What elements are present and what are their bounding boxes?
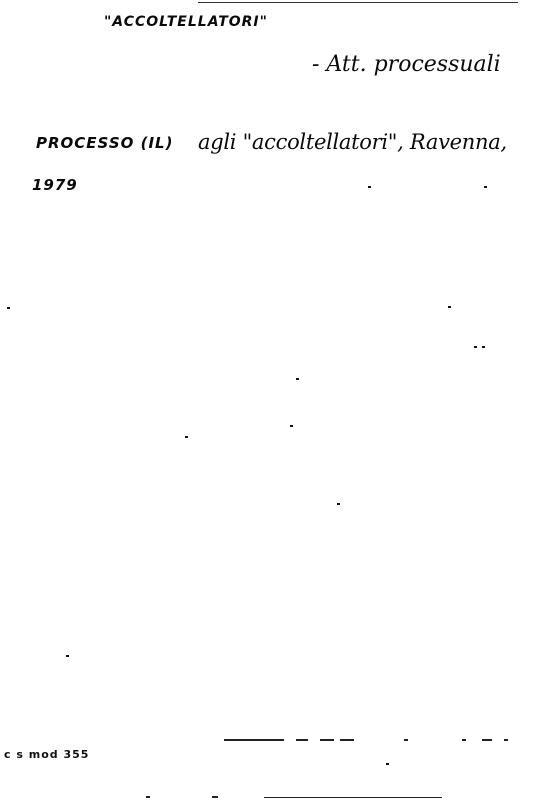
form-code: c s mod 355 (4, 748, 89, 761)
lower-rule (340, 739, 354, 741)
top-rule (198, 2, 518, 3)
scan-speck (296, 378, 299, 380)
entry-year: 1979 (32, 176, 78, 194)
catalog-card: "ACCOLTELLATORI" - Att. processuali PROC… (0, 0, 537, 800)
lower-rule (504, 739, 508, 741)
lower-rule (296, 739, 308, 741)
scan-speck (448, 306, 451, 308)
lower-rule (320, 739, 334, 741)
scan-speck (290, 425, 293, 427)
bottom-mark (146, 796, 150, 798)
scan-speck (185, 436, 188, 438)
scan-speck (386, 763, 389, 765)
lower-rule (482, 739, 492, 741)
card-subheading: - Att. processuali (312, 52, 501, 77)
scan-speck (484, 186, 487, 188)
entry-title-caps: PROCESSO (IL) (36, 134, 173, 152)
lower-rule (462, 739, 466, 741)
lower-rule (224, 739, 284, 741)
bottom-rule (264, 797, 442, 798)
lower-rule (404, 739, 408, 741)
entry-title-script: agli "accoltellatori", Ravenna, (198, 130, 507, 154)
scan-speck (368, 186, 371, 188)
card-heading: "ACCOLTELLATORI" (104, 14, 268, 30)
scan-speck (474, 346, 477, 348)
scan-speck (482, 346, 485, 348)
scan-speck (7, 307, 10, 309)
scan-speck (337, 503, 340, 505)
scan-speck (66, 655, 69, 657)
bottom-mark (212, 796, 218, 798)
